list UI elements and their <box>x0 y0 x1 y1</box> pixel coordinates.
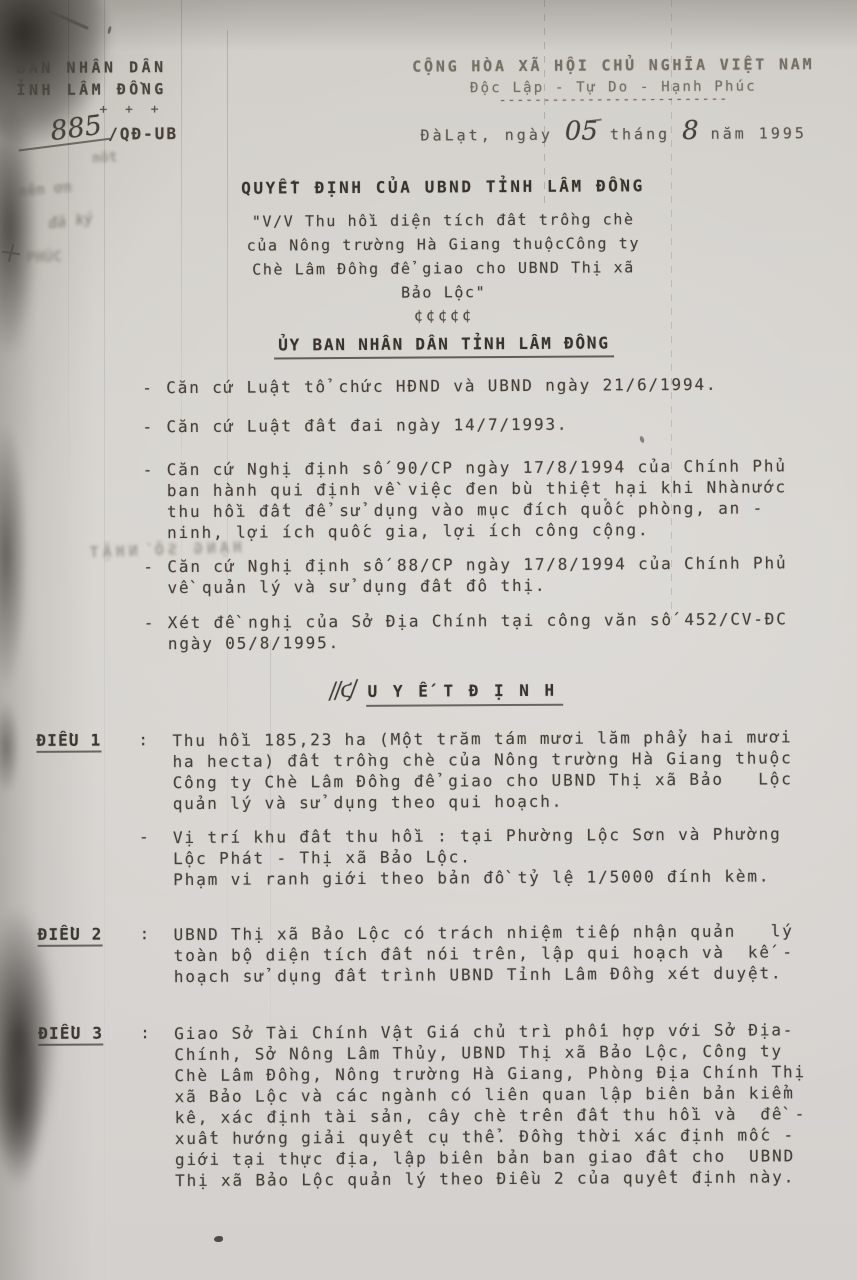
article-body: Giao Sở Tài Chính Vật Giá chủ trì phối h… <box>174 1019 845 1191</box>
issuer-heading: ỦY BAN NHÂN DÂN TỈNH LÂM ĐỒNG <box>274 333 614 359</box>
national-title: CỘNG HÒA XÃ HỘI CHỦ NGHĨA VIỆT NAM <box>390 55 836 76</box>
month-label: tháng <box>610 125 670 143</box>
decision-subject: "V/V Thu hồi diện tích đất trồng chè của… <box>113 206 774 306</box>
handwritten-document-number: 885 <box>15 112 109 151</box>
preamble-text: Căn cứ Luật đất đai ngày 14/7/1993. <box>166 414 568 437</box>
document-number-row: 885 /QĐ-UB <box>17 117 247 146</box>
preamble-text: Căn cứ Nghị định số 90/CP ngày 17/8/1994… <box>167 455 788 543</box>
preamble-text: Xét đề nghị của Sở Địa Chính tại công vă… <box>168 608 788 654</box>
bullet-dash: - <box>143 459 158 543</box>
article-body: UBND Thị xã Bảo Lộc có trách nhiệm tiếp … <box>174 920 844 987</box>
preamble-text: Căn cứ Luật tổ chức HĐND và UBND ngày 21… <box>166 374 717 398</box>
decision-heading: ∕∕ϛ∕U Y Ế T Đ Ị N H <box>116 675 776 708</box>
document-number-suffix: /QĐ-UB <box>108 124 178 145</box>
date-place: ĐàLạt, ngày <box>420 126 552 145</box>
year-label: năm 1995 <box>711 124 807 143</box>
article-label: ĐIỀU 2 <box>38 925 103 947</box>
preamble-item: - Căn cứ Luật tổ chức HĐND và UBND ngày … <box>142 373 842 398</box>
header-national-motto: CỘNG HÒA XÃ HỘI CHỦ NGHĨA VIỆT NAM Độc L… <box>390 55 837 145</box>
bullet-dash: - <box>142 377 156 398</box>
article-1: ĐIỀU 1 : Thu hồi 185,23 ha (Một trăm tám… <box>36 726 842 815</box>
bullet-dash: - <box>139 827 173 890</box>
article-colon: : <box>138 730 173 814</box>
document-content: BAN NHÂN DÂN ỈNH LÂM ĐỒNG + + + 885 /QĐ-… <box>0 0 857 1280</box>
header-issuing-org: BAN NHÂN DÂN ỈNH LÂM ĐỒNG + + + 885 /QĐ-… <box>16 56 247 146</box>
article-colon: : <box>140 924 174 987</box>
preamble-item: - Căn cứ Luật đất đai ngày 14/7/1993. <box>142 412 842 437</box>
articles-section: ĐIỀU 1 : Thu hồi 185,23 ha (Một trăm tám… <box>36 726 845 1192</box>
article-label: ĐIỀU 3 <box>38 1024 103 1046</box>
article-colon: : <box>140 1023 175 1191</box>
org-name-line1: BAN NHÂN DÂN <box>16 56 246 79</box>
article-2: ĐIỀU 2 : UBND Thị xã Bảo Lộc có trách nh… <box>38 920 844 988</box>
article-3: ĐIỀU 3 : Giao Sở Tài Chính Vật Giá chủ t… <box>38 1019 845 1192</box>
article-label: ĐIỀU 1 <box>36 731 101 753</box>
handwritten-day: 05 <box>565 121 598 141</box>
article-body: Thu hồi 185,23 ha (Một trăm tám mươi lăm… <box>172 726 843 814</box>
title-block: QUYẾT ĐỊNH CỦA UBND TỈNH LÂM ĐỒNG "V/V T… <box>113 175 774 360</box>
article-subitem-text: Vị trí khu đất thu hồi : tại Phường Lộc … <box>173 823 843 890</box>
preamble-item: - Căn cứ Nghị định số 88/CP ngày 17/8/19… <box>143 552 843 598</box>
bullet-dash: - <box>143 556 157 598</box>
decision-heading-text: U Y Ế T Đ Ị N H <box>366 681 564 707</box>
org-name-line2: ỈNH LÂM ĐỒNG <box>16 78 246 101</box>
handwritten-q-annotation: ∕∕ϛ∕ <box>328 677 357 705</box>
preamble-list: - Căn cứ Luật tổ chức HĐND và UBND ngày … <box>142 373 844 654</box>
bullet-dash: - <box>144 612 158 654</box>
preamble-text: Căn cứ Nghị định số 88/CP ngày 17/8/1994… <box>167 552 787 598</box>
scanned-document-page: nõt nên ơn đã ký PHÚC HẠNG SỐ NHẬT BAN N… <box>0 0 857 1280</box>
handwritten-month: 8 <box>682 121 699 141</box>
date-line: ĐàLạt, ngày 05 tháng 8 năm 1995 <box>391 120 837 145</box>
decision-title: QUYẾT ĐỊNH CỦA UBND TỈNH LÂM ĐỒNG <box>113 175 773 198</box>
preamble-item: - Căn cứ Nghị định số 90/CP ngày 17/8/19… <box>143 455 844 543</box>
motto-divider: -------------------------- <box>390 94 836 107</box>
preamble-item: - Xét đề nghị của Sở Địa Chính tại công … <box>144 608 844 654</box>
bullet-dash: - <box>142 416 156 437</box>
article-1-subitem: - Vị trí khu đất thu hồi : tại Phường Lộ… <box>37 823 843 891</box>
